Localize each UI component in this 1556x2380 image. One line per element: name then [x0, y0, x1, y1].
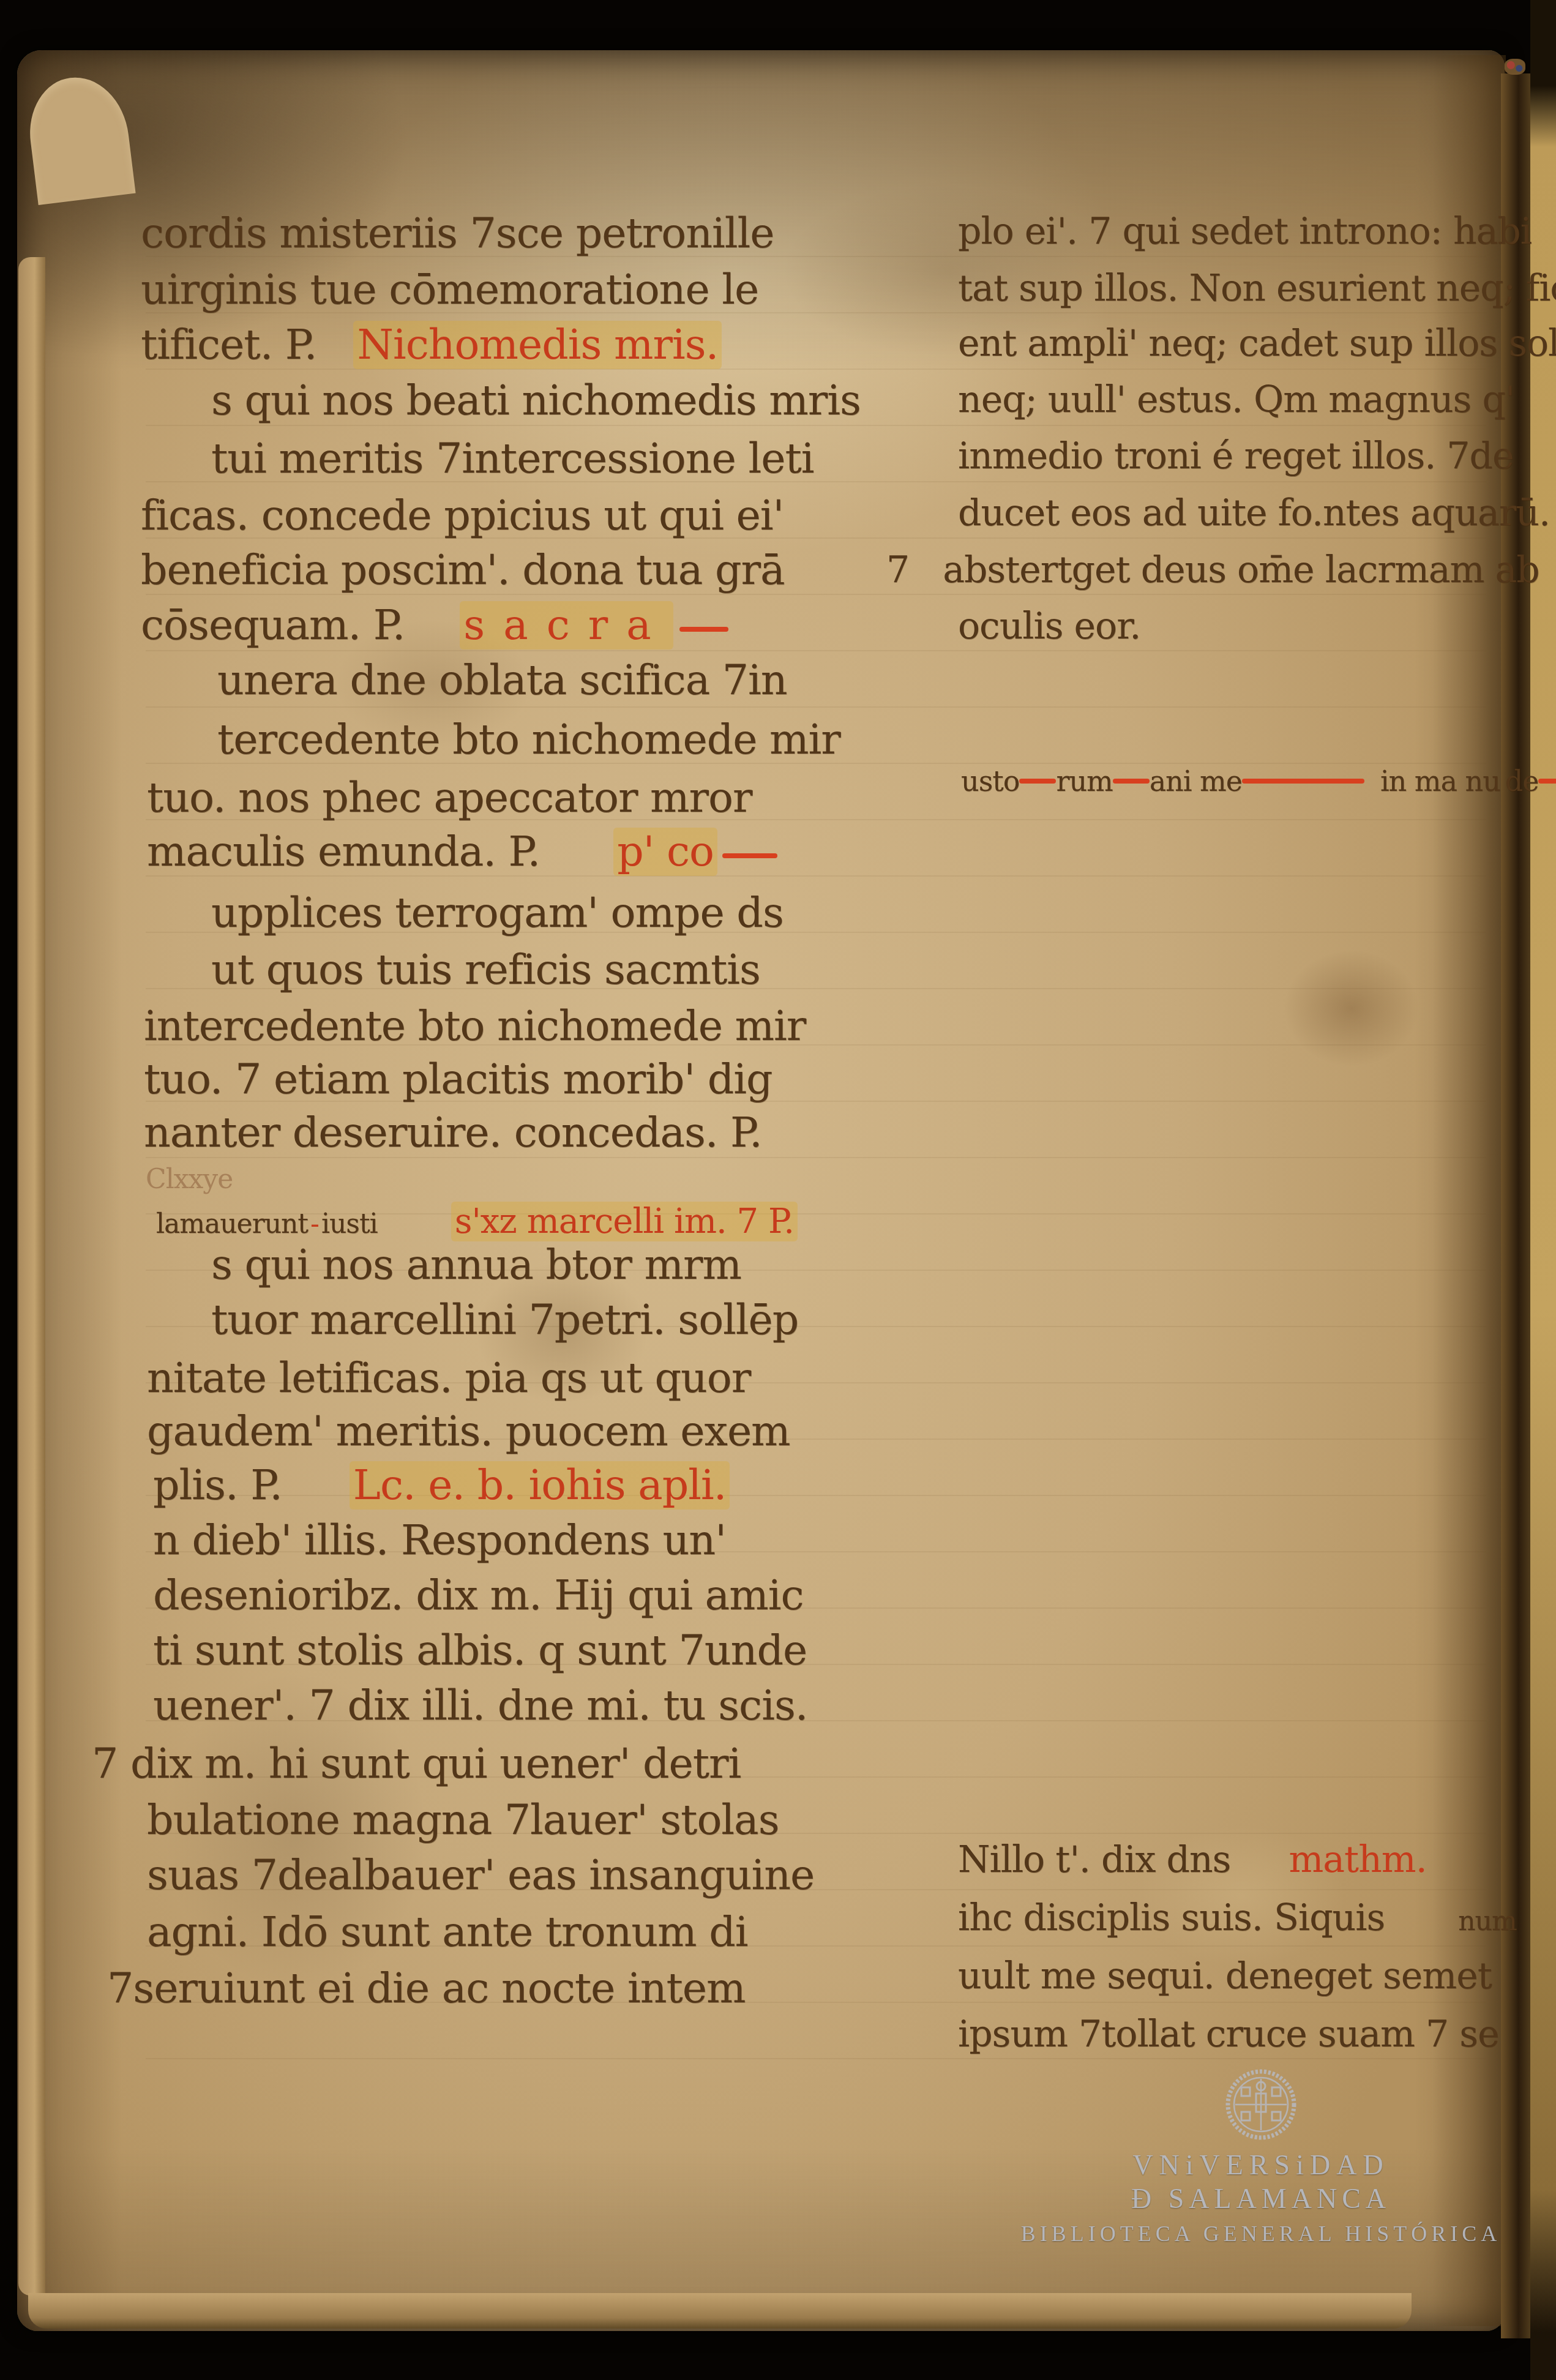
latin-text: iusti — [321, 1208, 378, 1240]
text-line-left: plis. P.Lc. e. b. iohis apli. — [153, 1461, 730, 1510]
university-seal-icon — [986, 2069, 1536, 2140]
latin-text: upplices terrogam' ompe ds — [211, 889, 784, 937]
text-line-right: 7abstertget deus om̄e lacrmam ab — [886, 548, 1539, 591]
text-line-left: bulatione magna 7lauer' stolas — [147, 1796, 779, 1844]
text-line-left: tificet. P.Nichomedis mris. — [141, 321, 722, 369]
text-line-left: s qui nos beati nichomedis mris — [211, 376, 861, 425]
library-watermark: VNiVERSiDAD Đ SALAMANCA BIBLIOTECA GENER… — [986, 2069, 1536, 2247]
watermark-institution-line2: Đ SALAMANCA — [986, 2182, 1536, 2215]
latin-text: tuo. 7 etiam placitis morib' dig — [144, 1055, 772, 1104]
text-line-right: ihc disciplis suis. Siquisnum — [958, 1896, 1517, 1939]
rubric: mathm. — [1289, 1838, 1426, 1881]
text-line-left: upplices terrogam' ompe ds — [211, 889, 784, 937]
rubric: Lc. e. b. iohis apli. — [350, 1461, 730, 1510]
text-line-left: nanter deseruire. concedas. P. — [144, 1109, 762, 1157]
text-line-left: uener'. 7 dix illi. dne mi. tu scis. — [153, 1682, 807, 1730]
text-line-left: tuo. nos phec apeccator mror — [147, 774, 752, 822]
latin-text: tat sup illos. Non esurient neq; fici — [958, 267, 1556, 310]
text-line-left: beneficia poscim'. dona tua grā — [141, 546, 785, 594]
rubric: Nichomedis mris. — [353, 321, 722, 369]
watermark-institution-line1: VNiVERSiDAD — [986, 2149, 1536, 2181]
latin-text: agni. Idō sunt ante tronum di — [147, 1908, 747, 1956]
text-line-left: maculis emunda. P.p' co — [147, 828, 777, 876]
manuscript-photo: cordis misteriis 7sce petronilleuirginis… — [0, 0, 1556, 2380]
latin-text: uener'. 7 dix illi. dne mi. tu scis. — [153, 1682, 807, 1730]
latin-text: 7 dix m. hi sunt qui uener' detri — [92, 1740, 741, 1788]
text-line-right: oculis eor. — [958, 605, 1140, 648]
text-line-left: tui meritis 7intercessione leti — [211, 435, 814, 483]
rubric: s'xz marcelli im. 7 P. — [451, 1202, 798, 1241]
latin-text: cōsequam. P. — [141, 601, 405, 649]
text-line-left: tuo. 7 etiam placitis morib' dig — [144, 1055, 772, 1104]
chant-syllable: de — [1505, 765, 1539, 798]
latin-text: oculis eor. — [958, 605, 1140, 648]
red-extender-line — [1113, 779, 1150, 784]
latin-text: tercedente bto nichomede mir — [217, 716, 840, 764]
red-extender-line — [1538, 779, 1556, 784]
text-line-left: 7 dix m. hi sunt qui uener' detri — [92, 1740, 741, 1788]
rubric: - — [310, 1208, 319, 1240]
latin-text: lamauerunt — [156, 1208, 308, 1240]
text-line-left: gaudem' meritis. puocem exem — [147, 1407, 790, 1456]
latin-text: gaudem' meritis. puocem exem — [147, 1407, 790, 1456]
text-line-left: ficas. concede ppicius ut qui ei' — [141, 492, 784, 540]
text-line-left: s qui nos annua btor mrm — [211, 1241, 741, 1289]
latin-text: Nillo t'. dix dns — [958, 1838, 1230, 1881]
text-line-left: intercedente bto nichomede mir — [144, 1002, 806, 1050]
red-extender-line — [1019, 779, 1056, 784]
text-line-left: tercedente bto nichomede mir — [217, 716, 840, 764]
latin-text: ipsum 7tollat cruce suam 7 se — [958, 2013, 1499, 2056]
text-line-right: tat sup illos. Non esurient neq; fici — [958, 267, 1556, 310]
text-line-right: neq; uull' estus. Qm magnus q' — [958, 378, 1514, 421]
rubric: sacra — [460, 601, 673, 649]
text-line-left: tuor marcellini 7petri. sollēp — [211, 1296, 798, 1344]
latin-text: ti sunt stolis albis. q sunt 7unde — [153, 1626, 807, 1675]
latin-text: abstertget deus om̄e lacrmam ab — [943, 548, 1539, 591]
text-line-left: cordis misteriis 7sce petronille — [141, 209, 774, 258]
faded-cue-text: Clxxye — [146, 1164, 233, 1195]
latin-text: num — [1458, 1906, 1516, 1937]
text-line-left: n dieb' illis. Respondens un' — [153, 1516, 726, 1565]
text-line-left: uirginis tue cōmemoratione le — [141, 266, 758, 314]
latin-text: nitate letificas. pia qs ut quor — [147, 1354, 750, 1402]
latin-text: n dieb' illis. Respondens un' — [153, 1516, 726, 1565]
text-line-left: ti sunt stolis albis. q sunt 7unde — [153, 1626, 807, 1675]
latin-text: beneficia poscim'. dona tua grā — [141, 546, 785, 594]
latin-text: tuo. nos phec apeccator mror — [147, 774, 752, 822]
latin-text: bulatione magna 7lauer' stolas — [147, 1796, 779, 1844]
text-line-right: uult me sequi. deneget semet — [958, 1955, 1492, 1997]
latin-text: 7 — [886, 548, 909, 591]
text-line-right: inmedio troni é reget illos. 7de — [958, 435, 1513, 477]
latin-text: s qui nos beati nichomedis mris — [211, 376, 861, 425]
text-line-right: ducet eos ad uite fo.ntes aquarū. — [958, 492, 1550, 534]
text-line-right: Nillo t'. dix dnsmathm. — [958, 1838, 1427, 1881]
text-line-right: ent ampli' neq; cadet sup illos sol — [958, 322, 1556, 365]
latin-text: tificet. P. — [141, 321, 316, 369]
latin-text: plis. P. — [153, 1461, 282, 1510]
latin-text: ducet eos ad uite fo.ntes aquarū. — [958, 492, 1550, 534]
text-line-left: unera dne oblata scifica 7in — [217, 656, 787, 705]
latin-text: ent ampli' neq; cadet sup illos sol — [958, 322, 1556, 365]
manuscript-text-layer: cordis misteriis 7sce petronilleuirginis… — [0, 0, 1556, 2380]
neume-cluster — [979, 707, 1457, 771]
red-extender-line — [1242, 779, 1364, 784]
latin-text: tuor marcellini 7petri. sollēp — [211, 1296, 798, 1344]
latin-text: desenioribz. dix m. Hij qui amic — [153, 1571, 803, 1620]
latin-text: inmedio troni é reget illos. 7de — [958, 435, 1513, 477]
watermark-library-name: BIBLIOTECA GENERAL HISTÓRICA — [986, 2221, 1536, 2247]
latin-text: suas 7dealbauer' eas insanguine — [147, 1851, 814, 1899]
text-line-left: 7seruiunt ei die ac nocte intem — [107, 1964, 746, 2013]
latin-text: s qui nos annua btor mrm — [211, 1241, 741, 1289]
text-line-left: lamauerunt-iustis'xz marcelli im. 7 P. — [156, 1195, 798, 1243]
text-line-left: suas 7dealbauer' eas insanguine — [147, 1851, 814, 1899]
text-line-left: desenioribz. dix m. Hij qui amic — [153, 1571, 803, 1620]
text-line-left: ut quos tuis reficis sacmtis — [211, 946, 760, 994]
latin-text: plo ei'. 7 qui sedet introno: habi — [958, 210, 1532, 253]
latin-text: cordis misteriis 7sce petronille — [141, 209, 774, 258]
latin-text: nanter deseruire. concedas. P. — [144, 1109, 762, 1157]
text-line-left: nitate letificas. pia qs ut quor — [147, 1354, 750, 1402]
latin-text: maculis emunda. P. — [147, 828, 540, 876]
latin-text: ut quos tuis reficis sacmtis — [211, 946, 760, 994]
latin-text: ihc disciplis suis. Siquis — [958, 1896, 1385, 1939]
latin-text: unera dne oblata scifica 7in — [217, 656, 787, 705]
red-extender-line — [679, 627, 728, 632]
latin-text: ficas. concede ppicius ut qui ei' — [141, 492, 784, 540]
text-line-left: agni. Idō sunt ante tronum di — [147, 1908, 747, 1956]
text-line-left: cōsequam. P.sacra — [141, 601, 728, 649]
red-extender-line — [722, 853, 777, 858]
rubric: p' co — [613, 828, 717, 876]
text-line-left: Clxxye — [146, 1150, 233, 1199]
latin-text: neq; uull' estus. Qm magnus q' — [958, 378, 1514, 421]
latin-text: intercedente bto nichomede mir — [144, 1002, 806, 1050]
latin-text: uirginis tue cōmemoratione le — [141, 266, 758, 314]
latin-text: uult me sequi. deneget semet — [958, 1955, 1492, 1997]
latin-text: tui meritis 7intercessione leti — [211, 435, 814, 483]
text-line-right: ipsum 7tollat cruce suam 7 se — [958, 2013, 1499, 2056]
text-line-right: plo ei'. 7 qui sedet introno: habi — [958, 210, 1532, 253]
latin-text: 7seruiunt ei die ac nocte intem — [107, 1964, 746, 2013]
